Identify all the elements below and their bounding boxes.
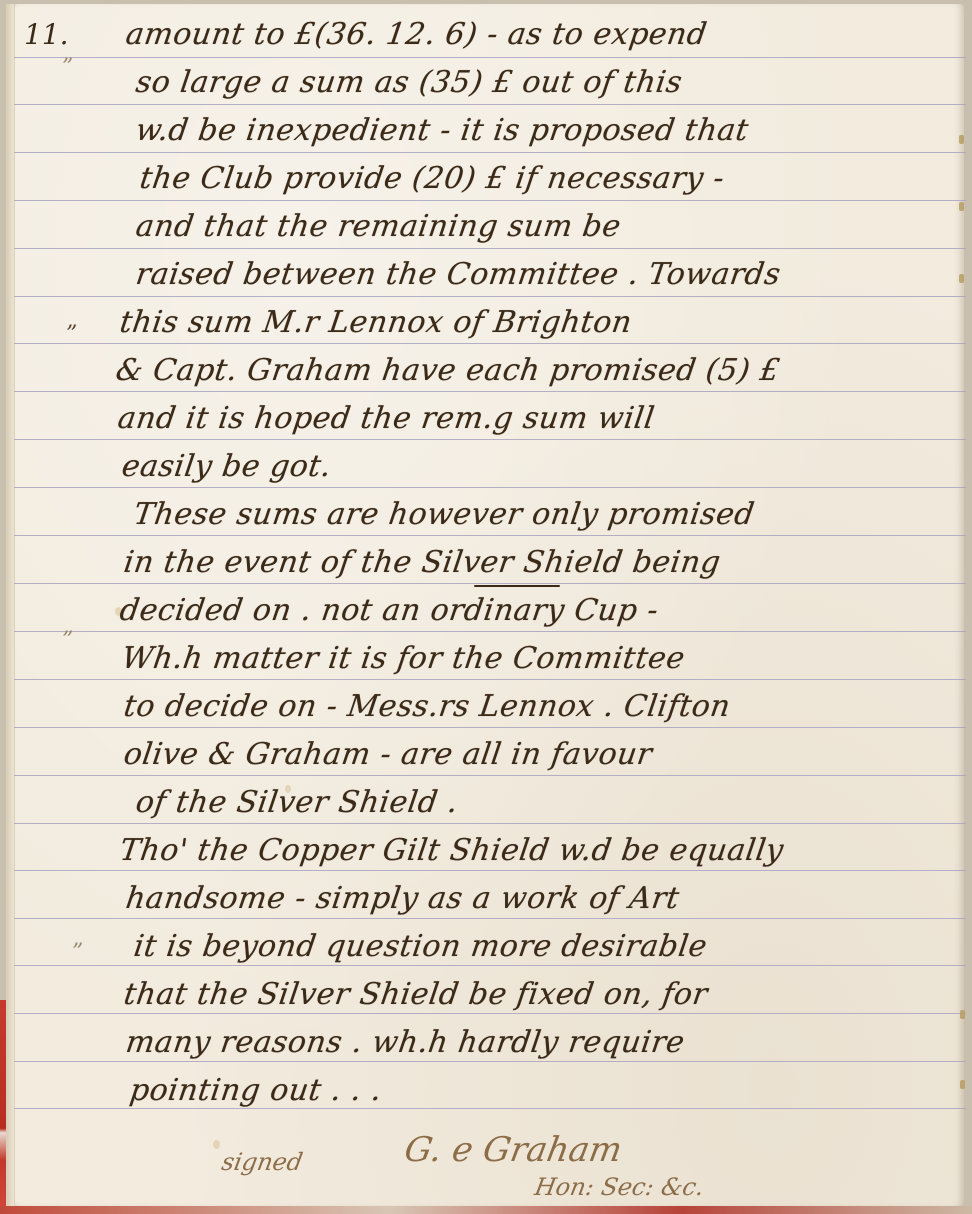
margin-ditto-mark: ” xyxy=(72,940,83,965)
manuscript-line: raised between the Committee . Towards xyxy=(134,258,783,292)
rule-line xyxy=(14,631,966,632)
rule-line xyxy=(14,343,966,344)
rule-line xyxy=(14,487,966,488)
manuscript-line: in the event of the Silver Shield being xyxy=(122,546,723,580)
rule-line xyxy=(14,104,966,105)
signature-name: G. e Graham xyxy=(401,1130,625,1170)
margin-ditto-mark: ” xyxy=(62,55,73,80)
manuscript-line: These sums are however only promised xyxy=(132,498,757,532)
manuscript-line: many reasons . wh.h hardly require xyxy=(124,1026,687,1060)
manuscript-line: and it is hoped the rem.g sum will xyxy=(116,402,657,436)
rule-line xyxy=(14,727,966,728)
manuscript-line-text: in the event of the Silver Shield being xyxy=(122,545,723,580)
manuscript-line: and that the remaining sum be xyxy=(134,210,623,244)
margin-ditto-mark: ” xyxy=(62,628,73,653)
manuscript-line: pointing out . . . xyxy=(128,1074,384,1108)
rule-line xyxy=(14,583,966,584)
rule-line xyxy=(14,535,966,536)
binding-hole xyxy=(959,202,964,211)
manuscript-line: so large a sum as (35) £ out of this xyxy=(134,66,685,100)
margin-ditto-mark: ” xyxy=(66,322,77,347)
rule-line xyxy=(14,965,966,966)
rule-line xyxy=(14,1061,966,1062)
manuscript-line: w.d be inexpedient - it is proposed that xyxy=(134,114,751,148)
manuscript-line: & Capt. Graham have each promised (5) £ xyxy=(114,354,782,388)
paper-stain xyxy=(213,1140,220,1149)
rule-line xyxy=(14,200,966,201)
page-number: 11. xyxy=(24,18,69,51)
manuscript-line: Tho' the Copper Gilt Shield w.d be equal… xyxy=(118,834,786,868)
manuscript-line: handsome - simply as a work of Art xyxy=(124,882,682,916)
manuscript-line: that the Silver Shield be fixed on, for xyxy=(122,978,710,1012)
manuscript-line: decided on . not an ordinary Cup - xyxy=(118,594,661,628)
manuscript-line: easily be got. xyxy=(120,450,334,484)
rule-line xyxy=(14,391,966,392)
manuscript-line: Wh.h matter it is for the Committee xyxy=(120,642,687,676)
rule-line xyxy=(14,439,966,440)
rule-line xyxy=(14,823,966,824)
rule-line xyxy=(14,870,966,871)
manuscript-line: olive & Graham - are all in favour xyxy=(122,738,655,772)
manuscript-line: this sum M.r Lennox of Brighton xyxy=(118,306,634,340)
rule-line xyxy=(14,679,966,680)
binding-hole xyxy=(959,274,964,283)
rule-line xyxy=(14,775,966,776)
rule-line xyxy=(14,296,966,297)
manuscript-line: it is beyond question more desirable xyxy=(132,930,710,964)
rule-line xyxy=(14,57,966,58)
rule-line xyxy=(14,1108,966,1109)
manuscript-line: the Club provide (20) £ if necessary - xyxy=(138,162,727,196)
page-binding-edge xyxy=(6,4,15,1206)
manuscript-line: amount to £(36. 12. 6) - as to expend xyxy=(124,18,709,52)
notebook-cover-bottom xyxy=(0,1206,972,1214)
manuscript-line: of the Silver Shield . xyxy=(134,786,461,820)
signature-title: Hon: Sec: &c. xyxy=(533,1173,707,1201)
binding-hole xyxy=(959,135,964,144)
binding-hole xyxy=(960,1010,965,1019)
rule-line xyxy=(14,248,966,249)
manuscript-line: to decide on - Mess.rs Lennox . Clifton xyxy=(122,690,733,724)
rule-line xyxy=(14,152,966,153)
rule-line xyxy=(14,1013,966,1014)
signed-label: signed xyxy=(220,1148,305,1176)
binding-hole xyxy=(960,1080,965,1089)
silver-underline xyxy=(474,585,560,587)
rule-line xyxy=(14,918,966,919)
